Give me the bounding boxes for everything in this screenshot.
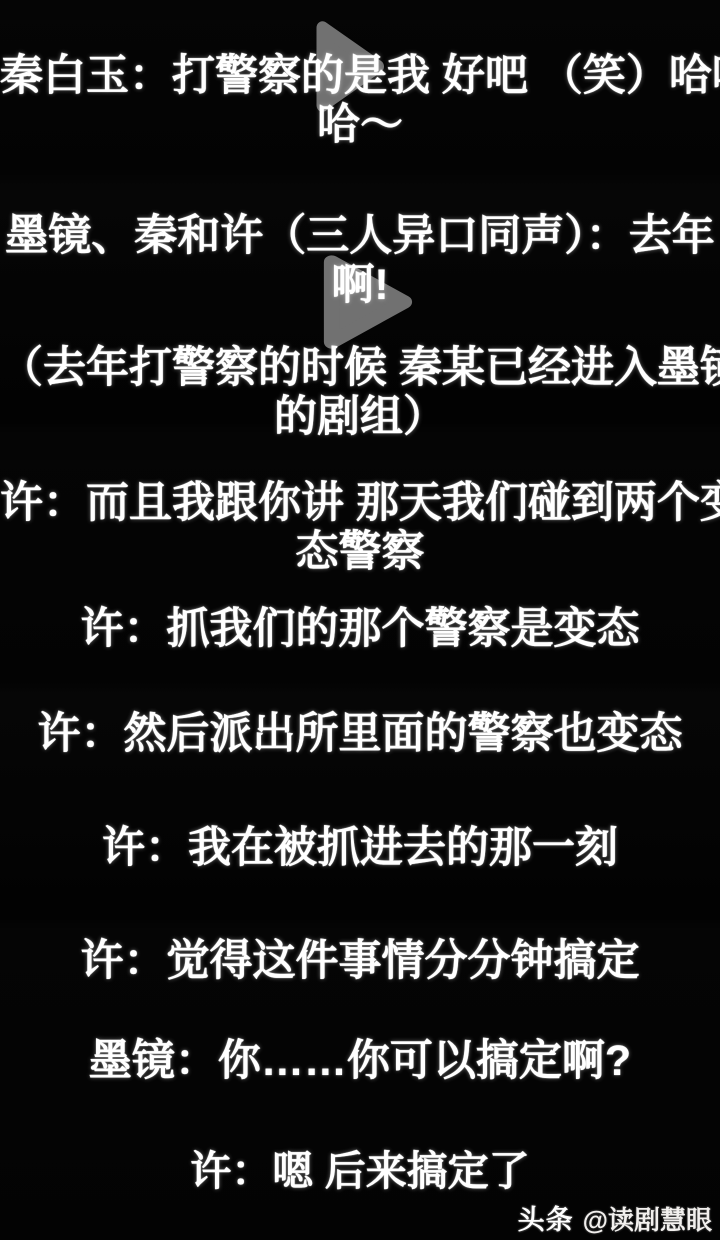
subtitle-line: 许：我在被抓进去的那一刻 [0,824,720,873]
toutiao-watermark: 头条 @读剧慧眼 [518,1198,712,1237]
watermark-author-handle: @读剧慧眼 [583,1200,712,1237]
subtitle-block-5: 许：抓我们的那个警察是变态 [0,605,720,654]
subtitle-block-2: 墨镜、秦和许（三人异口同声）：去年 啊! [0,212,720,310]
subtitle-block-10: 许：嗯 后来搞定了 [0,1147,720,1196]
subtitle-block-8: 许：觉得这件事情分分钟搞定 [0,937,720,986]
subtitle-line: 许：嗯 后来搞定了 [0,1147,720,1196]
subtitle-block-1: 秦白玉：打警察的是我 好吧 （笑）哈哈 哈～ [0,52,720,150]
subtitle-block-4: 许：而且我跟你讲 那天我们碰到两个变 态警察 [0,479,720,577]
subtitle-line: 墨镜、秦和许（三人异口同声）：去年 [0,212,720,261]
subtitle-line: 许：而且我跟你讲 那天我们碰到两个变 [0,479,720,528]
subtitle-block-6: 许：然后派出所里面的警察也变态 [0,710,720,759]
subtitle-line: 许：抓我们的那个警察是变态 [0,605,720,654]
subtitle-line: 许：觉得这件事情分分钟搞定 [0,937,720,986]
subtitle-line: 啊! [0,261,720,310]
subtitle-line: （去年打警察的时候 秦某已经进入墨镜 [0,344,720,393]
toutiao-logo-text: 头条 [518,1198,574,1237]
video-subtitle-screenshot: 秦白玉：打警察的是我 好吧 （笑）哈哈 哈～ 墨镜、秦和许（三人异口同声）：去年… [0,0,720,1240]
subtitle-block-9: 墨镜：你……你可以搞定啊? [0,1037,720,1086]
subtitle-line: 的剧组） [0,393,720,442]
subtitle-block-7: 许：我在被抓进去的那一刻 [0,824,720,873]
subtitle-line: 墨镜：你……你可以搞定啊? [0,1037,720,1086]
subtitle-line: 哈～ [0,101,720,150]
subtitle-line: 态警察 [0,528,720,577]
subtitle-block-3: （去年打警察的时候 秦某已经进入墨镜 的剧组） [0,344,720,442]
subtitle-line: 秦白玉：打警察的是我 好吧 （笑）哈哈 [0,52,720,101]
subtitle-line: 许：然后派出所里面的警察也变态 [0,710,720,759]
